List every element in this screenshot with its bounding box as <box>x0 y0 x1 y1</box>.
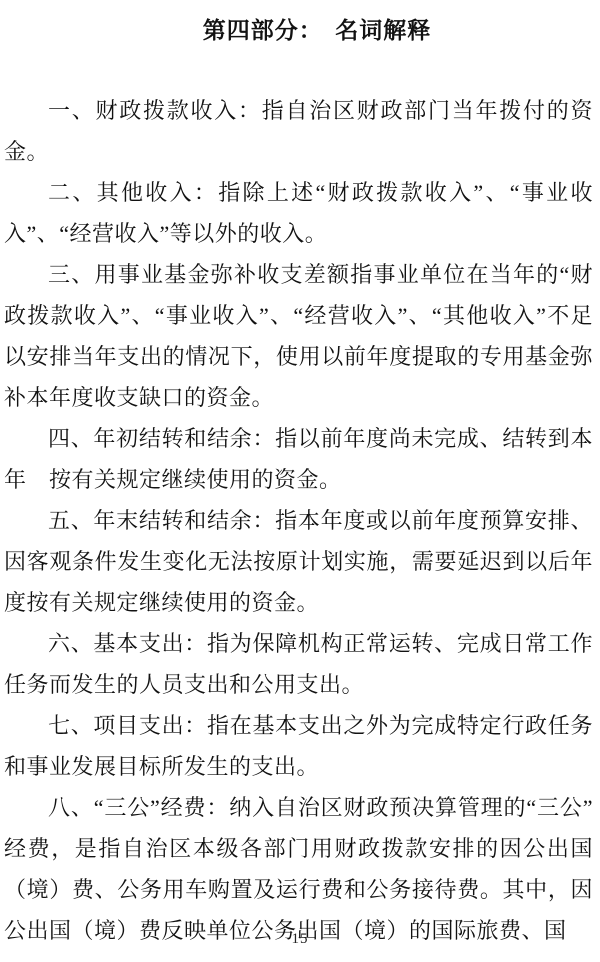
glossary-paragraph-6: 六、基本支出：指为保障机构正常运转、完成日常工作任务而发生的人员支出和公用支出。 <box>4 623 593 705</box>
glossary-content: 一、财政拨款收入：指自治区财政部门当年拨付的资金。 二、其他收入：指除上述“财政… <box>0 90 600 951</box>
glossary-paragraph-7: 七、项目支出：指在基本支出之外为完成特定行政任务和事业发展目标所发生的支出。 <box>4 705 593 787</box>
glossary-paragraph-2: 二、其他收入：指除上述“财政拨款收入”、“事业收入”、“经营收入”等以外的收入。 <box>4 172 593 254</box>
glossary-paragraph-5: 五、年末结转和结余：指本年度或以前年度预算安排、因客观条件发生变化无法按原计划实… <box>4 500 593 623</box>
glossary-paragraph-8: 八、“三公”经费：纳入自治区财政预决算管理的“三公”经费，是指自治区本级各部门用… <box>4 787 593 951</box>
glossary-paragraph-1: 一、财政拨款收入：指自治区财政部门当年拨付的资金。 <box>4 90 593 172</box>
glossary-paragraph-3: 三、用事业基金弥补收支差额指事业单位在当年的“财政拨款收入”、“事业收入”、“经… <box>4 254 593 418</box>
page-number: 15 <box>0 931 600 948</box>
document-page: 第四部分： 名词解释 一、财政拨款收入：指自治区财政部门当年拨付的资金。 二、其… <box>0 0 600 962</box>
page-title: 第四部分： 名词解释 <box>0 0 600 46</box>
glossary-paragraph-4: 四、年初结转和结余：指以前年度尚未完成、结转到本年 按有关规定继续使用的资金。 <box>4 418 593 500</box>
